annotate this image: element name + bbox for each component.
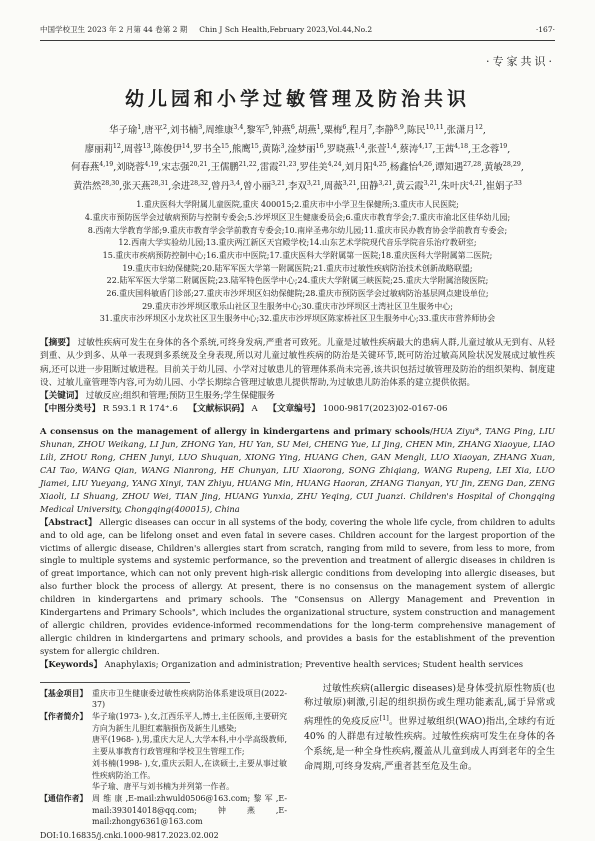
article-no-label: 【文章编号】 [268, 404, 320, 414]
author-name: 刘晓蓉 [116, 162, 144, 173]
article-title-cn: 幼儿园和小学过敏管理及防治共识 [40, 84, 555, 111]
journal-title-en: Chin J Sch Health,February 2023,Vol.44,N… [199, 25, 536, 34]
english-block: A consensus on the management of allergy… [40, 425, 555, 670]
author-name: 张萱 [368, 144, 387, 155]
doc-code-value: A [251, 404, 257, 414]
author-affil-sup: 3,4 [230, 180, 240, 187]
author-name: 罗佳美 [300, 162, 328, 173]
author-line: 华子瑜1,唐平2,刘书楠3,周维康3,4,黎军5,钟燕6,胡燕1,粟梅6,程月7… [40, 120, 555, 139]
author-name: 王儒鹏 [211, 162, 239, 173]
author-name: 宋志强 [161, 162, 189, 173]
body-paragraph: 过敏性疾病(allergic diseases)是身体受抗原性物质(也称过敏原)… [304, 682, 555, 775]
author-name: 胡燕 [298, 125, 317, 136]
author-affil-sup: 4,24 [328, 161, 342, 168]
author-name: 陈民 [407, 125, 426, 136]
author-name: 刘书楠 [170, 125, 198, 136]
author-name: 曾丹 [211, 181, 230, 192]
author-affil-sup: 4,25 [373, 161, 387, 168]
authors-en: HUA Ziyu*, TANG Ping, LIU Shunan, ZHOU W… [40, 426, 555, 501]
author-affil-sup: 28,29 [503, 161, 521, 168]
author-name: 张潇月 [447, 125, 475, 136]
author-affil-sup: 4,19 [144, 161, 158, 168]
author-affil-sup: 8,9 [394, 124, 404, 131]
author-bio-item: 华子瑜(1973- ),女,江西乐平人,博士,主任医师,主要研究方向为新生儿胆红… [92, 711, 287, 734]
body-column: 过敏性疾病(allergic diseases)是身体受抗原性物质(也称过敏原)… [304, 682, 555, 841]
author-affil-sup: 4,19 [99, 161, 113, 168]
author-affil-sup: 6 [342, 124, 346, 131]
author-name: 张天燕 [122, 181, 150, 192]
abstract-en: 【Abstract】 Allergic diseases can occur i… [40, 516, 555, 658]
author-name: 廖丽莉 [85, 144, 113, 155]
author-name: 雷霞 [260, 162, 279, 173]
author-bio-lines: 华子瑜(1973- ),女,江西乐平人,博士,主任医师,主要研究方向为新生儿胆红… [92, 711, 287, 793]
affiliation-line: 22.陆军军医大学第二附属医院;23.陆军特色医学中心;24.重庆大学附属三峡医… [40, 275, 555, 288]
author-affil-sup: 20,21 [190, 161, 208, 168]
author-affil-sup: 21,22 [239, 161, 257, 168]
journal-page: 中国学校卫生 2023 年 2 月第 44 卷第 2 期 Chin J Sch … [0, 0, 595, 841]
abstract-en-label: 【Abstract】 [40, 517, 97, 527]
author-name: 熊鹰 [232, 144, 251, 155]
article-title-en: A consensus on the management of allergy… [40, 426, 430, 436]
author-name: 唐平 [144, 125, 163, 136]
author-name: 黄云霞 [395, 181, 423, 192]
author-affil-sup: 3 [280, 143, 284, 150]
author-name: 程月 [349, 125, 368, 136]
author-name: 钟燕 [272, 125, 291, 136]
author-affil-sup: 27,28 [463, 161, 481, 168]
author-name: 粟梅 [324, 125, 343, 136]
author-name: 王茜 [435, 144, 454, 155]
section-label: ·专家共识· [40, 53, 555, 69]
fund-text: 重庆市卫生健康委过敏性疾病防治体系建设项目(2022-37) [92, 688, 287, 711]
abstract-cn: 【摘要】 过敏性疾病可发生在身体的各个系统,可终身发病,严重者可致死。儿童是过敏… [40, 337, 555, 390]
author-name: 杨鑫怡 [390, 162, 418, 173]
author-affil-sup: 10,11 [426, 124, 444, 131]
two-column-area: 【基金项目】 重庆市卫生健康委过敏性疾病防治体系建设项目(2022-37) 【作… [40, 682, 555, 841]
footnote-column: 【基金项目】 重庆市卫生健康委过敏性疾病防治体系建设项目(2022-37) 【作… [40, 682, 287, 841]
doc-code-label: 【文献标识码】 [189, 404, 249, 414]
clc-value: R 593.1 R 174⁺.6 [103, 404, 178, 414]
author-affil-sup: 7 [368, 124, 372, 131]
author-line: 何春燕4,19,刘晓蓉4,19,宋志强20,21,王儒鹏21,22,雷霞21,2… [40, 157, 555, 176]
author-name: 朱叶庆 [441, 181, 469, 192]
keywords-cn: 【关键词】 过敏反应;组织和管理;预防卫生服务;学生保健服务 [40, 390, 555, 403]
affiliation-line: 12.西南大学实验幼儿园;13.重庆两江新区天宫殿学校;14.山东艺术学院现代音… [40, 237, 555, 250]
author-affil-sup: 4,26 [418, 161, 432, 168]
author-name: 周薇 [324, 181, 343, 192]
author-affil-sup: 1,4 [355, 143, 365, 150]
author-bio-item: 刘书楠(1998- ),女,重庆云阳人,在读硕士,主要从事过敏性疾病防治工作。 [92, 758, 287, 781]
keywords-en-text: Anaphylaxis; Organization and administra… [105, 659, 524, 669]
author-affil-sup: 3 [198, 124, 202, 131]
keywords-en: 【Keywords】 Anaphylaxis; Organization and… [40, 658, 555, 671]
english-title-authors: A consensus on the management of allergy… [40, 425, 555, 515]
author-bio-note: 【作者简介】 华子瑜(1973- ),女,江西乐平人,博士,主任医师,主要研究方… [40, 711, 287, 793]
author-name: 蔡涛 [400, 144, 419, 155]
author-name: 罗书全 [193, 144, 221, 155]
author-bio-item: 唐平(1968- ),男,重庆大足人,大学本科,中小学高级教师,主要从事教育行政… [92, 734, 287, 757]
author-name: 余进 [171, 181, 190, 192]
affiliation-line: 31.重庆市沙坪坝区小龙坎社区卫生服务中心;32.重庆市沙坪坝区陈家桥社区卫生服… [40, 313, 555, 326]
abstract-cn-text: 过敏性疾病可发生在身体的各个系统,可终身发病,严重者可致死。儿童是过敏性疾病最大… [40, 338, 555, 388]
affiliation-line: 4.重庆市预防医学会过敏病预防与控制专委会;5.沙坪坝区卫生健康委员会;6.重庆… [40, 212, 555, 225]
author-affil-sup: 1 [317, 124, 321, 131]
author-name: 李静 [375, 125, 394, 136]
page-number: ·167· [536, 25, 555, 34]
article-no-value: 1000-9817(2023)02-0167-06 [323, 404, 448, 414]
author-line: 黄浩然28,30,张天燕28,31,余进28,32,曾丹3,4,曾小丽3,21,… [40, 176, 555, 195]
author-name: 曾小丽 [243, 181, 271, 192]
author-name: 周蓉 [124, 144, 143, 155]
author-affil-sup: 3,21 [378, 180, 392, 187]
author-affil-sup: 19 [499, 143, 507, 150]
affiliation-line: 15.重庆市疾病预防控制中心;16.重庆市中医院;17.重庆医科大学附属第一医院… [40, 250, 555, 263]
author-bio-label: 【作者简介】 [40, 711, 92, 793]
affiliation-line: 1.重庆医科大学附属儿童医院,重庆 400015;2.重庆市中小学卫生保健所;3… [40, 199, 555, 212]
corresponding-author-label: 【通信作者】 [40, 793, 92, 828]
author-name: 黄陈 [262, 144, 281, 155]
author-affil-sup: 3,4 [233, 124, 243, 131]
author-name: 田静 [360, 181, 379, 192]
affiliations-block: 1.重庆医科大学附属儿童医院,重庆 400015;2.重庆市中小学卫生保健所;3… [40, 199, 555, 326]
affiliation-line: 26.重庆国科敏盾门诊部;27.重庆市沙坪坝区妇幼保健院;28.重庆市预防医学会… [40, 288, 555, 301]
author-name: 黎军 [246, 125, 265, 136]
author-affil-sup: 6 [291, 124, 295, 131]
author-affil-sup: 15 [221, 143, 229, 150]
corresponding-author-note: 【通信作者】 周维康,E-mail:zhwuld0506@163.com;黎军,… [40, 793, 287, 828]
author-name: 李双 [288, 181, 307, 192]
affiliation-line: 29.重庆市沙坪坝区歌乐山社区卫生服务中心;30.重庆市沙坪坝区土湾社区卫生服务… [40, 301, 555, 314]
keywords-cn-text: 过敏反应;组织和管理;预防卫生服务;学生保健服务 [86, 391, 275, 401]
author-affil-sup: 3,21 [271, 180, 285, 187]
author-affil-sup: 4,21 [469, 180, 483, 187]
author-affil-sup: 12 [475, 124, 483, 131]
fund-note: 【基金项目】 重庆市卫生健康委过敏性疾病防治体系建设项目(2022-37) [40, 688, 287, 711]
author-affil-sup: 3,21 [424, 180, 438, 187]
clc-line: 【中图分类号】 R 593.1 R 174⁺.6 【文献标识码】 A 【文章编号… [40, 403, 555, 416]
author-name: 刘月阳 [345, 162, 373, 173]
doi-line: DOI:10.16835/j.cnki.1000-9817.2023.02.00… [40, 830, 287, 841]
citation-ref-1: [1] [380, 714, 389, 722]
author-affil-sup: 14 [182, 143, 190, 150]
author-name: 周维康 [205, 125, 233, 136]
author-affil-sup: 3,21 [343, 180, 357, 187]
author-affil-sup: 1 [137, 124, 141, 131]
author-affil-sup: 21,23 [278, 161, 296, 168]
clc-label: 【中图分类号】 [40, 404, 100, 414]
footnote-rule [40, 682, 190, 683]
author-name: 黄浩然 [73, 181, 101, 192]
author-affil-sup: 4,18 [454, 143, 468, 150]
author-affil-sup: 28,31 [150, 180, 168, 187]
author-affil-sup: 33 [514, 180, 522, 187]
author-name: 罗晓燕 [327, 144, 355, 155]
authors-block: 华子瑜1,唐平2,刘书楠3,周维康3,4,黎军5,钟燕6,胡燕1,粟梅6,程月7… [40, 120, 555, 194]
author-affil-sup: 2 [163, 124, 167, 131]
author-name: 陈俊伊 [154, 144, 182, 155]
author-name: 崔娟子 [486, 181, 514, 192]
author-affil-sup: 15 [251, 143, 259, 150]
keywords-en-label: 【Keywords】 [40, 659, 102, 669]
author-name: 何春燕 [71, 162, 99, 173]
author-affil-sup: 3,21 [307, 180, 321, 187]
author-affil-sup: 16 [316, 143, 324, 150]
abstract-cn-label: 【摘要】 [40, 338, 75, 348]
author-affil-sup: 1,4 [387, 143, 397, 150]
author-name: 黄敏 [484, 162, 503, 173]
author-affil-sup: 12 [113, 143, 121, 150]
keywords-cn-label: 【关键词】 [40, 391, 83, 401]
fund-label: 【基金项目】 [40, 688, 92, 711]
author-affil-sup: 28,30 [101, 180, 119, 187]
author-name: 淦梦丽 [287, 144, 315, 155]
author-line: 廖丽莉12,周蓉13,陈俊伊14,罗书全15,熊鹰15,黄陈3,淦梦丽16,罗晓… [40, 139, 555, 158]
running-head: 中国学校卫生 2023 年 2 月第 44 卷第 2 期 Chin J Sch … [40, 24, 555, 41]
author-affil-sup: 4,17 [418, 143, 432, 150]
affiliation-line: 19.重庆市妇幼保健院;20.陆军军医大学第一附属医院;21.重庆市过敏性疾病防… [40, 263, 555, 276]
author-name: 谭知遇 [435, 162, 463, 173]
author-name: 华子瑜 [109, 125, 137, 136]
author-affil-sup: 13 [143, 143, 151, 150]
corresponding-author-text: 周维康,E-mail:zhwuld0506@163.com;黎军,E-mail:… [92, 793, 287, 828]
author-affil-sup: 28,32 [190, 180, 208, 187]
author-affil-sup: 5 [265, 124, 269, 131]
abstract-cn-block: 【摘要】 过敏性疾病可发生在身体的各个系统,可终身发病,严重者可致死。儿童是过敏… [40, 337, 555, 416]
journal-title-cn: 中国学校卫生 2023 年 2 月第 44 卷第 2 期 [40, 24, 187, 35]
abstract-en-text: Allergic diseases can occur in all syste… [40, 517, 555, 656]
author-name: 王念蓉 [471, 144, 499, 155]
author-bio-item: 华子瑜、唐平与刘书楠为并列第一作者。 [92, 781, 287, 793]
affiliation-line: 8.西南大学教育学部;9.重庆市教育学会学前教育专委会;10.南岸圣弗尔幼儿园;… [40, 225, 555, 238]
